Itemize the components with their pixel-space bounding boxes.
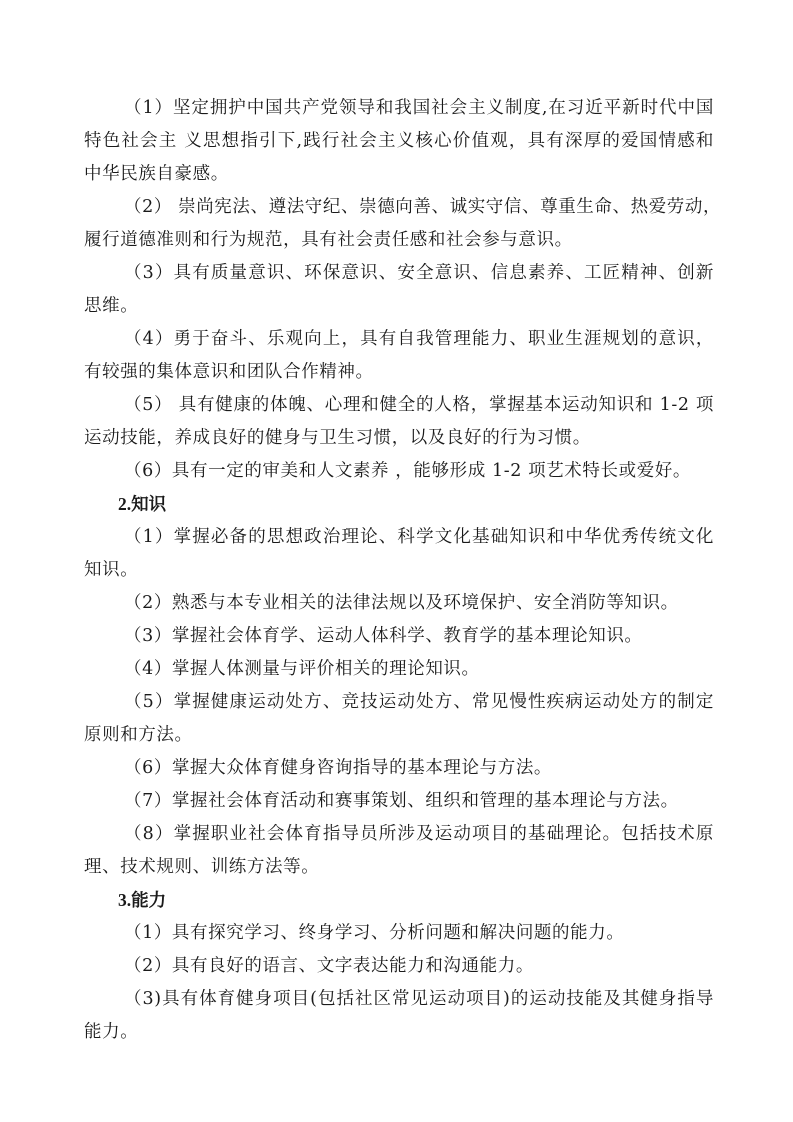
knowledge-item-4: （4）掌握人体测量与评价相关的理论知识。 xyxy=(84,653,714,686)
text-line: 有较强的集体意识和团队合作精神。 xyxy=(84,356,714,389)
text-line: （2） 崇尚宪法、遵法守纪、崇德向善、诚实守信、尊重生命、热爱劳动， xyxy=(84,191,714,224)
ability-item-3: （3)具有体育健身项目(包括社区常见运动项目)的运动技能及其健身指导 能力。 xyxy=(84,983,714,1049)
text-line: （4）掌握人体测量与评价相关的理论知识。 xyxy=(84,653,714,686)
text-line: （6）具有一定的审美和人文素养 ，能够形成 1-2 项艺术特长或爱好。 xyxy=(84,455,714,488)
text-line: （2）熟悉与本专业相关的法律法规以及环境保护、安全消防等知识。 xyxy=(84,587,714,620)
text-line: 中华民族自豪感。 xyxy=(84,158,714,191)
knowledge-item-7: （7）掌握社会体育活动和赛事策划、组织和管理的基本理论与方法。 xyxy=(84,785,714,818)
ability-item-2: （2）具有良好的语言、文字表达能力和沟通能力。 xyxy=(84,950,714,983)
text-line: 知识。 xyxy=(84,554,714,587)
text-line: 理、技术规则、训练方法等。 xyxy=(84,851,714,884)
text-line: （3）掌握社会体育学、运动人体科学、教育学的基本理论知识。 xyxy=(84,620,714,653)
text-line: （5） 具有健康的体魄、心理和健全的人格，掌握基本运动知识和 1-2 项 xyxy=(84,389,714,422)
quality-item-6: （6）具有一定的审美和人文素养 ，能够形成 1-2 项艺术特长或爱好。 xyxy=(84,455,714,488)
quality-item-3: （3）具有质量意识、环保意识、安全意识、信息素养、工匠精神、创新 思维。 xyxy=(84,257,714,323)
text-line: （1）具有探究学习、终身学习、分析问题和解决问题的能力。 xyxy=(84,917,714,950)
text-line: 原则和方法。 xyxy=(84,719,714,752)
text-line: （8）掌握职业社会体育指导员所涉及运动项目的基础理论。包括技术原 xyxy=(84,818,714,851)
quality-item-4: （4）勇于奋斗、乐观向上，具有自我管理能力、职业生涯规划的意识， 有较强的集体意… xyxy=(84,323,714,389)
text-line: （7）掌握社会体育活动和赛事策划、组织和管理的基本理论与方法。 xyxy=(84,785,714,818)
quality-item-2: （2） 崇尚宪法、遵法守纪、崇德向善、诚实守信、尊重生命、热爱劳动， 履行道德准… xyxy=(84,191,714,257)
text-line: 履行道德准则和行为规范，具有社会责任感和社会参与意识。 xyxy=(84,224,714,257)
knowledge-item-3: （3）掌握社会体育学、运动人体科学、教育学的基本理论知识。 xyxy=(84,620,714,653)
section-heading-ability: 3.能力 xyxy=(84,884,714,917)
text-line: 能力。 xyxy=(84,1016,714,1049)
text-line: （1）掌握必备的思想政治理论、科学文化基础知识和中华优秀传统文化 xyxy=(84,521,714,554)
knowledge-item-2: （2）熟悉与本专业相关的法律法规以及环境保护、安全消防等知识。 xyxy=(84,587,714,620)
ability-item-1: （1）具有探究学习、终身学习、分析问题和解决问题的能力。 xyxy=(84,917,714,950)
knowledge-item-8: （8）掌握职业社会体育指导员所涉及运动项目的基础理论。包括技术原 理、技术规则、… xyxy=(84,818,714,884)
text-line: 运动技能，养成良好的健身与卫生习惯，以及良好的行为习惯。 xyxy=(84,422,714,455)
text-line: （1）坚定拥护中国共产党领导和我国社会主义制度,在习近平新时代中国 xyxy=(84,92,714,125)
document-page: （1）坚定拥护中国共产党领导和我国社会主义制度,在习近平新时代中国 特色社会主 … xyxy=(84,92,714,1049)
text-line: （2）具有良好的语言、文字表达能力和沟通能力。 xyxy=(84,950,714,983)
text-line: （3）具有质量意识、环保意识、安全意识、信息素养、工匠精神、创新 xyxy=(84,257,714,290)
text-line: 特色社会主 义思想指引下,践行社会主义核心价值观，具有深厚的爱国情感和 xyxy=(84,125,714,158)
section-heading-knowledge: 2.知识 xyxy=(84,488,714,521)
knowledge-item-6: （6）掌握大众体育健身咨询指导的基本理论与方法。 xyxy=(84,752,714,785)
quality-item-5: （5） 具有健康的体魄、心理和健全的人格，掌握基本运动知识和 1-2 项 运动技… xyxy=(84,389,714,455)
knowledge-item-1: （1）掌握必备的思想政治理论、科学文化基础知识和中华优秀传统文化 知识。 xyxy=(84,521,714,587)
text-line: （5）掌握健康运动处方、竞技运动处方、常见慢性疾病运动处方的制定 xyxy=(84,686,714,719)
knowledge-item-5: （5）掌握健康运动处方、竞技运动处方、常见慢性疾病运动处方的制定 原则和方法。 xyxy=(84,686,714,752)
text-line: （3)具有体育健身项目(包括社区常见运动项目)的运动技能及其健身指导 xyxy=(84,983,714,1016)
text-line: （6）掌握大众体育健身咨询指导的基本理论与方法。 xyxy=(84,752,714,785)
text-line: 思维。 xyxy=(84,290,714,323)
text-line: （4）勇于奋斗、乐观向上，具有自我管理能力、职业生涯规划的意识， xyxy=(84,323,714,356)
quality-item-1: （1）坚定拥护中国共产党领导和我国社会主义制度,在习近平新时代中国 特色社会主 … xyxy=(84,92,714,191)
